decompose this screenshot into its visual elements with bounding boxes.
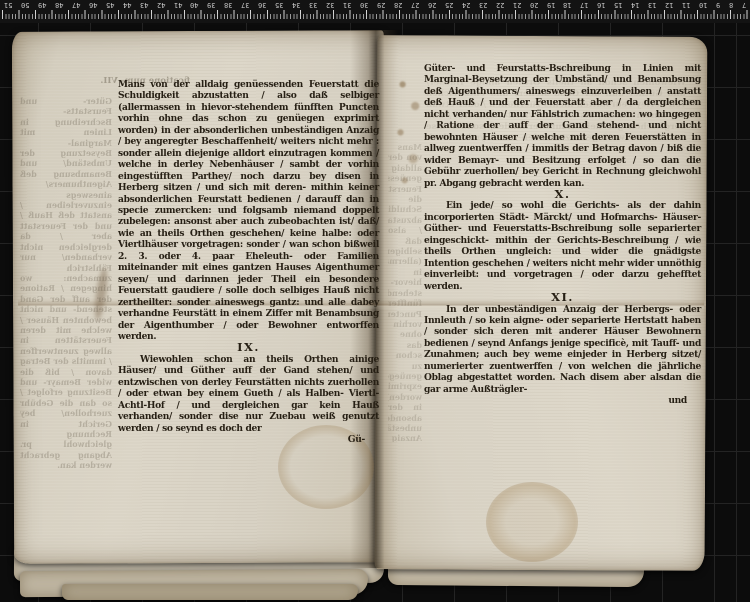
ruler-number: 48 xyxy=(55,1,63,9)
under-sheet-edge xyxy=(62,584,358,600)
ruler-number: 45 xyxy=(106,1,114,9)
ruler-number: 26 xyxy=(428,1,436,9)
ruler-number: 19 xyxy=(547,1,555,9)
ruler-number: 13 xyxy=(648,1,656,9)
ruler-number: 50 xyxy=(21,1,29,9)
ruler-number: 31 xyxy=(343,1,351,9)
ruler-number: 35 xyxy=(275,1,283,9)
ruler-number: 18 xyxy=(563,1,571,9)
ruler-number: 22 xyxy=(496,1,504,9)
ruler-number: 23 xyxy=(479,1,487,9)
ruler-number: 14 xyxy=(631,1,639,9)
ruler-number: 21 xyxy=(513,1,521,9)
ruler-number: 30 xyxy=(360,1,368,9)
section-heading-x: X. xyxy=(424,189,701,200)
ruler-number: 37 xyxy=(241,1,249,9)
left-page-paragraph: Wiewohlen schon an theils Orthen ainige … xyxy=(118,354,379,434)
section-heading-xi: XI. xyxy=(424,292,701,303)
ruler-number: 46 xyxy=(89,1,97,9)
right-page-paragraph: In der unbeständigen Anzaig der Herbergs… xyxy=(424,304,701,396)
ruler-number: 47 xyxy=(72,1,80,9)
ruler-number: 7 xyxy=(742,1,746,9)
ruler-number: 41 xyxy=(174,1,182,9)
ruler-mm-ticks xyxy=(2,14,750,19)
catchword: und xyxy=(424,395,701,406)
ruler-number: 49 xyxy=(38,1,46,9)
ruler-number: 24 xyxy=(462,1,470,9)
ruler-number: 11 xyxy=(682,1,690,9)
ruler-number: 34 xyxy=(292,1,300,9)
ruler-number: 36 xyxy=(258,1,266,9)
catchword: Gü- xyxy=(118,434,379,445)
ruler-number: 40 xyxy=(190,1,198,9)
ruler-number-scale: 5150494847464544434241403938373635343332… xyxy=(0,0,750,9)
right-page-paragraph: Güter- und Feurstatts-Bschreibung in Lin… xyxy=(424,63,701,189)
ruler-number: 39 xyxy=(207,1,215,9)
photo-of-document-on-cutting-mat: { "colors": { "mat_background": "#0c0c0c… xyxy=(0,0,750,602)
ruler-number: 29 xyxy=(377,1,385,9)
ruler-number: 8 xyxy=(729,1,733,9)
ruler-number: 17 xyxy=(580,1,588,9)
ruler-number: 27 xyxy=(411,1,419,9)
right-page-paragraph: Ein jede/ so wohl die Gerichts- als der … xyxy=(424,200,701,292)
ruler-number: 28 xyxy=(394,1,402,9)
section-heading-ix: IX. xyxy=(118,342,379,353)
ruler: 5150494847464544434241403938373635343332… xyxy=(0,0,750,23)
ruler-number: 42 xyxy=(157,1,165,9)
ruler-number: 16 xyxy=(597,1,605,9)
ruler-number: 12 xyxy=(665,1,673,9)
ruler-number: 44 xyxy=(123,1,131,9)
ruler-number: 43 xyxy=(140,1,148,9)
ruler-number: 9 xyxy=(716,1,720,9)
ruler-number: 32 xyxy=(326,1,334,9)
left-page-paragraph: Mans von der alldaig genüessenden Feuers… xyxy=(118,79,379,342)
ruler-number: 33 xyxy=(309,1,317,9)
ruler-number: 15 xyxy=(614,1,622,9)
left-page-text-block: Mans von der alldaig genüessenden Feuers… xyxy=(118,79,379,446)
ruler-number: 38 xyxy=(224,1,232,9)
ruler-number: 25 xyxy=(445,1,453,9)
ruler-number: 51 xyxy=(4,1,12,9)
ruler-number: 10 xyxy=(699,1,707,9)
ruler-number: 20 xyxy=(530,1,538,9)
right-page-text-block: Güter- und Feurstatts-Bschreibung in Lin… xyxy=(424,63,701,407)
